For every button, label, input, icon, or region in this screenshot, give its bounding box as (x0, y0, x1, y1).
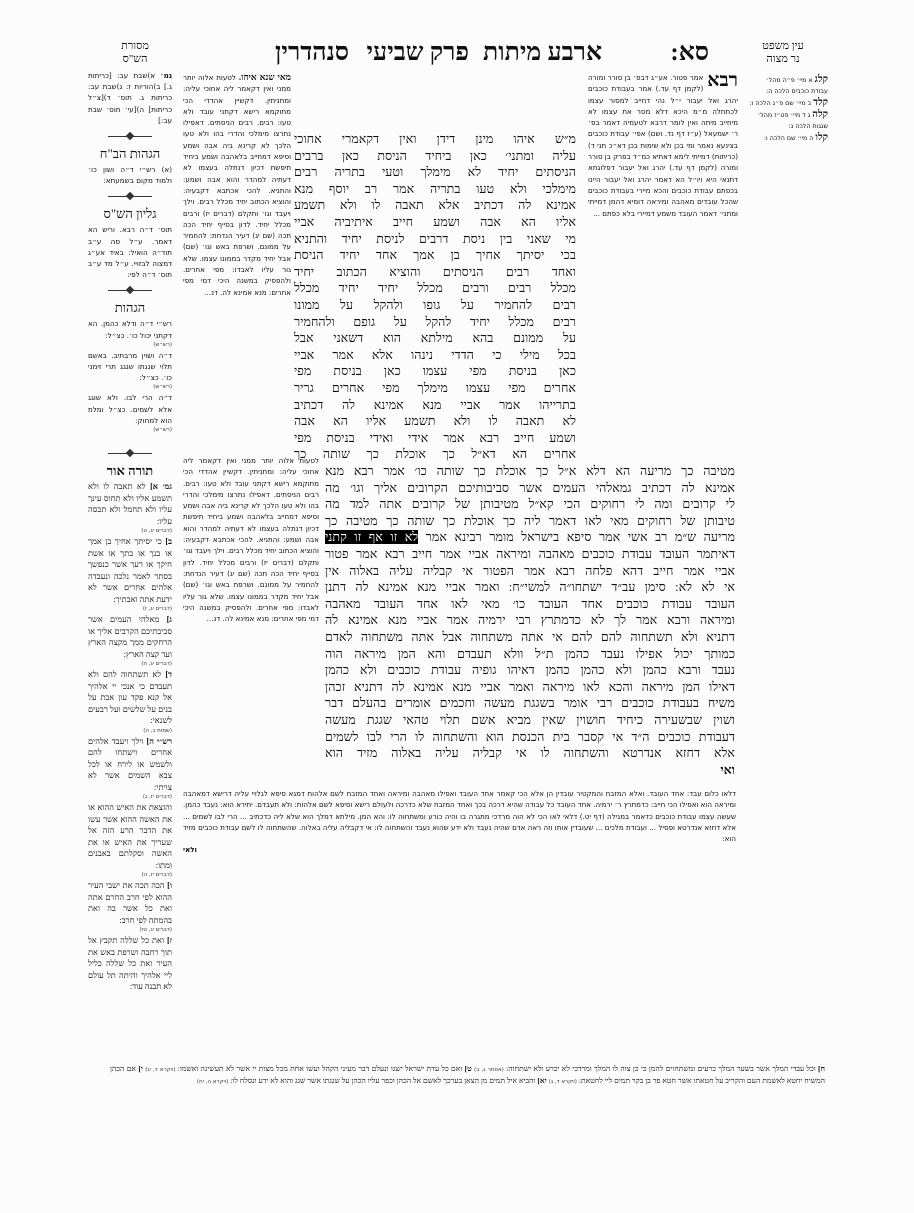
hagahot-item: ד״ה הרי לבו. ולא שוגג אלא לשמים. כצ״ל ומ… (88, 392, 172, 435)
gemara-line: לי קרובים ומה לי רחוקים הכי קא״ל מטיבותן… (325, 496, 735, 513)
gemara-line: מימלכי ולא טעו בתריה אמר רב יוסף מנא (294, 181, 576, 198)
gemara-line: ושוין שבשעירה כיחיד חושוין שאין מביא אשם… (325, 712, 735, 729)
gemara-line: בתרייהו אמר אביי מנא אמינא לה דכתיב (294, 397, 576, 414)
chapter-name: ארבע מיתות (483, 38, 602, 68)
rashi-opening-word: מאי שנא איהו. (239, 72, 291, 82)
tosafot-text: אמר פטור. אע״ג דבפ׳ בן סורר ומורה (לקמן … (588, 73, 738, 218)
torah-or-item: ג] מאלהי העמים אשר סביבתיכם הקרבים אליך … (88, 614, 172, 669)
mesoret-title: מסורת (110, 40, 160, 53)
gemara-line: אמינא לה דכתיב גמאלהי העמים אשר סביבותיכ… (325, 480, 735, 497)
gemara-line: משיח בעבודת כוכבים רבי אומר בשגגת מעשה ו… (325, 695, 735, 712)
gemara-line: טיבותן של רחוקים מאי לאו דאמר ליה כך אוכ… (325, 513, 735, 530)
ein-mishpat-entry: קלה ג ד מיי׳ פט״ז מהל׳ שגגות הלכה ג: (748, 109, 828, 132)
rashi-last-word: ולאי (183, 844, 736, 855)
page-scrollbar[interactable] (908, 0, 914, 1213)
footer-verses: ח] וכל עבדי המלך אשר בשער המלך כרעים ומש… (110, 1063, 825, 1087)
gemara-line: אלא דחזא אנדרטא והשתחוה לו אי קבליה עליה… (325, 745, 735, 762)
gemara-line: בכל מילי כי הדדי נינהו אלא אמר אביי (294, 347, 576, 364)
daf-number: סא: (670, 38, 709, 68)
ein-mishpat-entry: קלג א מיי׳ פ״ה מהל׳ עבודת כוכבים הלכה ה: (748, 74, 828, 97)
ein-mishpat-entry: קלו ה מיי׳ שם הלכה ו: (748, 132, 828, 144)
gemara-upper-block: מ״ש איהו מינן דידן ואין דקאמרי אחוכי עלי… (294, 131, 576, 463)
ein-mishpat-title: עין משפט (748, 40, 818, 53)
torah-or-item: ז] ואת כל שללה תקבץ אל תוך רחבה ושרפת בא… (88, 935, 172, 993)
gemara-line: על ממונם בהא מילתא הוא דשאני אבל (294, 330, 576, 347)
gemara-line: מטיבה כך מריעה הא דלא א״ל כך אוכלת כך שו… (325, 463, 735, 480)
gemara-line: דתניא ולא תשתחוה להם להם אי אתה משתחוה א… (325, 629, 735, 646)
gemara-line: כאן בניסת מפי עצמו כאן בניסת מפי (294, 363, 576, 380)
mesoret-heading: מסורת הש"ס (110, 40, 160, 66)
gemara-line: ואחד רבים הניסתים והוציא הכתוב יחיד (294, 264, 576, 281)
gemara-continuation-word: ואי (325, 762, 735, 779)
gemara-line: מכלל רבים ורבים מכלל יחיד יחיד מכלל (294, 280, 576, 297)
gemara-line: אחרים הא דא״ל כך אוכלת כך שותה כך (294, 446, 576, 463)
gemara-line: אחרים מפי עצמו מימלך מפי אחרים גריר (294, 380, 576, 397)
gemara-line: ושמע חייב רבא אמר אידי ואידי בניסת מפי (294, 430, 576, 447)
rashi-upper-text: לטעות אלוה יותר ממני ואין דקאמר ליה אחוכ… (183, 73, 291, 297)
gemara-line: נעבד ורבא כהמן ולא כהמן כהמן דאיהו גופיה… (325, 662, 735, 679)
mesoret-hashas: גמ׳ א)שבת עב: [כריתות ג.] ב)הוריות ז: ג)… (88, 70, 172, 126)
hagahot-item: רש״י ד״ה ודלא כהמן. הא דקתני יכול כו׳. כ… (88, 318, 172, 349)
ornament-divider (108, 449, 152, 457)
gemara-line: דאיתמר העובד עבודת כוכבים מאהבה ומיראה א… (325, 546, 735, 563)
tractate-name: סנהדרין (275, 38, 349, 68)
ein-mishpat-entry: קלד ב מיי׳ שם פ״ג הלכה ו: (748, 97, 828, 109)
ornament-divider (108, 132, 152, 140)
ner-mitzvah-title: נר מצוה (748, 53, 818, 66)
torah-or-title: תורה אור (88, 463, 172, 479)
rashi-lower-text: דלאו כלום עבד: אחד העובד. ואלא המזבח והמ… (183, 789, 736, 843)
gemara-line: רבים מכלל יחיד להקל על גופם ולהחמיר (294, 314, 576, 331)
torah-or-item: ב] כי יסיתך אחיך בן אמך או בנך או בתך או… (88, 536, 172, 614)
rashi-upper-column: מאי שנא איהו. לטעות אלוה יותר ממני ואין … (183, 72, 291, 452)
gemara-line: מי שאני בין ניסת דרבים לניסת יחיד והתניא (294, 231, 576, 248)
gemara-line: כמותך יכול אפילו נעבד כהמן ת״ל וולא תעבד… (325, 646, 735, 663)
gemara-line: מריעה ש״מ רב אשי אמר סיפא בישראל מומר רב… (325, 529, 735, 546)
gemara-line: דעבודת כוכבים ה״ד אי קסבר בית הכנסת הוא … (325, 729, 735, 746)
gemara-line: הניסתים יחיד לא מימלך וטעי בתריה רבים (294, 164, 576, 181)
gilyon-hashas-text: תוס׳ ד״ה רבא. וריש הא דאמר. ע״ל סה ע״ב ת… (88, 224, 172, 280)
torah-or-item: גמ׳ א] לא תאבה לו ולא תשמע אליו ולא תחוס… (88, 481, 172, 536)
gemara-line: לא תאבה לו ולא תשמע אליו הא אבה (294, 413, 576, 430)
ein-mishpat-heading: עין משפט נר מצוה (748, 40, 818, 66)
ornament-divider (108, 286, 152, 294)
hagahot-item: ד״ה ושוין מרבתיב. באשם תלוי שנגתו שנגג ת… (88, 350, 172, 393)
torah-or-item: ו] הכה תכה את ישבי העיר ההוא לפי חרב החר… (88, 880, 172, 935)
left-margin-column: גמ׳ א)שבת עב: [כריתות ג.] ב)הוריות ז: ג)… (88, 70, 172, 993)
torah-or-item: רש״י ה] וילך ויעבד אלהים אחרים וישתחו לה… (88, 736, 172, 803)
hagahot-habach-title: הגהות הב"ח (88, 146, 172, 162)
gemara-wide-block: מטיבה כך מריעה הא דלא א״ל כך אוכלת כך שו… (325, 463, 735, 778)
gemara-line: אמינא לה דכתיב אלא תאבה לו ולא תשמע (294, 197, 576, 214)
tosafot-column: רבא אמר פטור. אע״ג דבפ׳ בן סורר ומורה (ל… (588, 72, 738, 452)
gemara-line: ומיראה ורבא אמר לך לא כדמתרץ רבי ירמיה א… (325, 612, 735, 629)
gilyon-hashas-title: גליון הש"ס (88, 206, 172, 222)
ein-mishpat-column: קלג א מיי׳ פ״ה מהל׳ עבודת כוכבים הלכה ה:… (748, 74, 828, 144)
gemara-line: העובד עבודת כוכבים אחד העובד כו׳ מאי לאו… (325, 596, 735, 613)
hagahot-habach-text: (א) רש״י ד״ה ושון כו׳ ולמוד מקום בשמעתא: (88, 164, 172, 186)
rashi-lower-block: דלאו כלום עבד: אחד העובד. ואלא המזבח והמ… (183, 788, 736, 1058)
rashi-side-text: לטעות אלוה יותר ממני ואין דקאמר ליה אחוכ… (183, 456, 319, 623)
ornament-divider (108, 192, 152, 200)
selected-text-highlight[interactable]: לא זו אף זו קתני (325, 530, 418, 544)
gemara-line: אי לא לא: סימן עב״ד ישתחו״ה למשי״ח: ואמר… (325, 579, 735, 596)
gemara-line: אביי אמר חייב דהא פלחה רבא אמר הפטור אי … (325, 563, 735, 580)
torah-or-item: ד] לא תשתחוה להם ולא תעבדם כי אנכי יי אל… (88, 669, 172, 736)
hashas-title: הש"ס (110, 53, 160, 66)
chapter-number: פרק שביעי (366, 38, 469, 68)
torah-or-item: והוצאת את האיש ההוא או את האשה ההוא אשר … (88, 802, 172, 880)
gemara-line: אליו הא אבה ושמע חייב איתיביה אביי (294, 214, 576, 231)
gemara-line: דאילו המן מיראה והכא לאו מיראה ואמר אביי… (325, 679, 735, 696)
footer-verse: ח] וכל עבדי המלך אשר בשער המלך כרעים ומש… (474, 1064, 825, 1073)
hagahot-title: הגהות (88, 300, 172, 316)
gemara-line: רבים להחמיר על גופו ולהקל על ממונו (294, 297, 576, 314)
footer-verse: ט] ואם כל עדת ישראל ישגו ונעלם דבר מעיני… (145, 1064, 472, 1073)
tosafot-opening-word: רבא (707, 72, 738, 90)
rashi-side-column: לטעות אלוה יותר ממני ואין דקאמר ליה אחוכ… (183, 455, 319, 755)
gemara-line: מ״ש איהו מינן דידן ואין דקאמרי אחוכי (294, 131, 576, 148)
gemara-line: עליה ומתני׳ כאן ביחיד הניסת כאן ברבים (294, 148, 576, 165)
gemara-line: בכי יסיתך אחיך בן אמך אחד יחיד הניסת (294, 247, 576, 264)
footer-verse: יא] והביא איל תמים מן הצאן בערכך לאשם אל… (197, 1076, 547, 1085)
